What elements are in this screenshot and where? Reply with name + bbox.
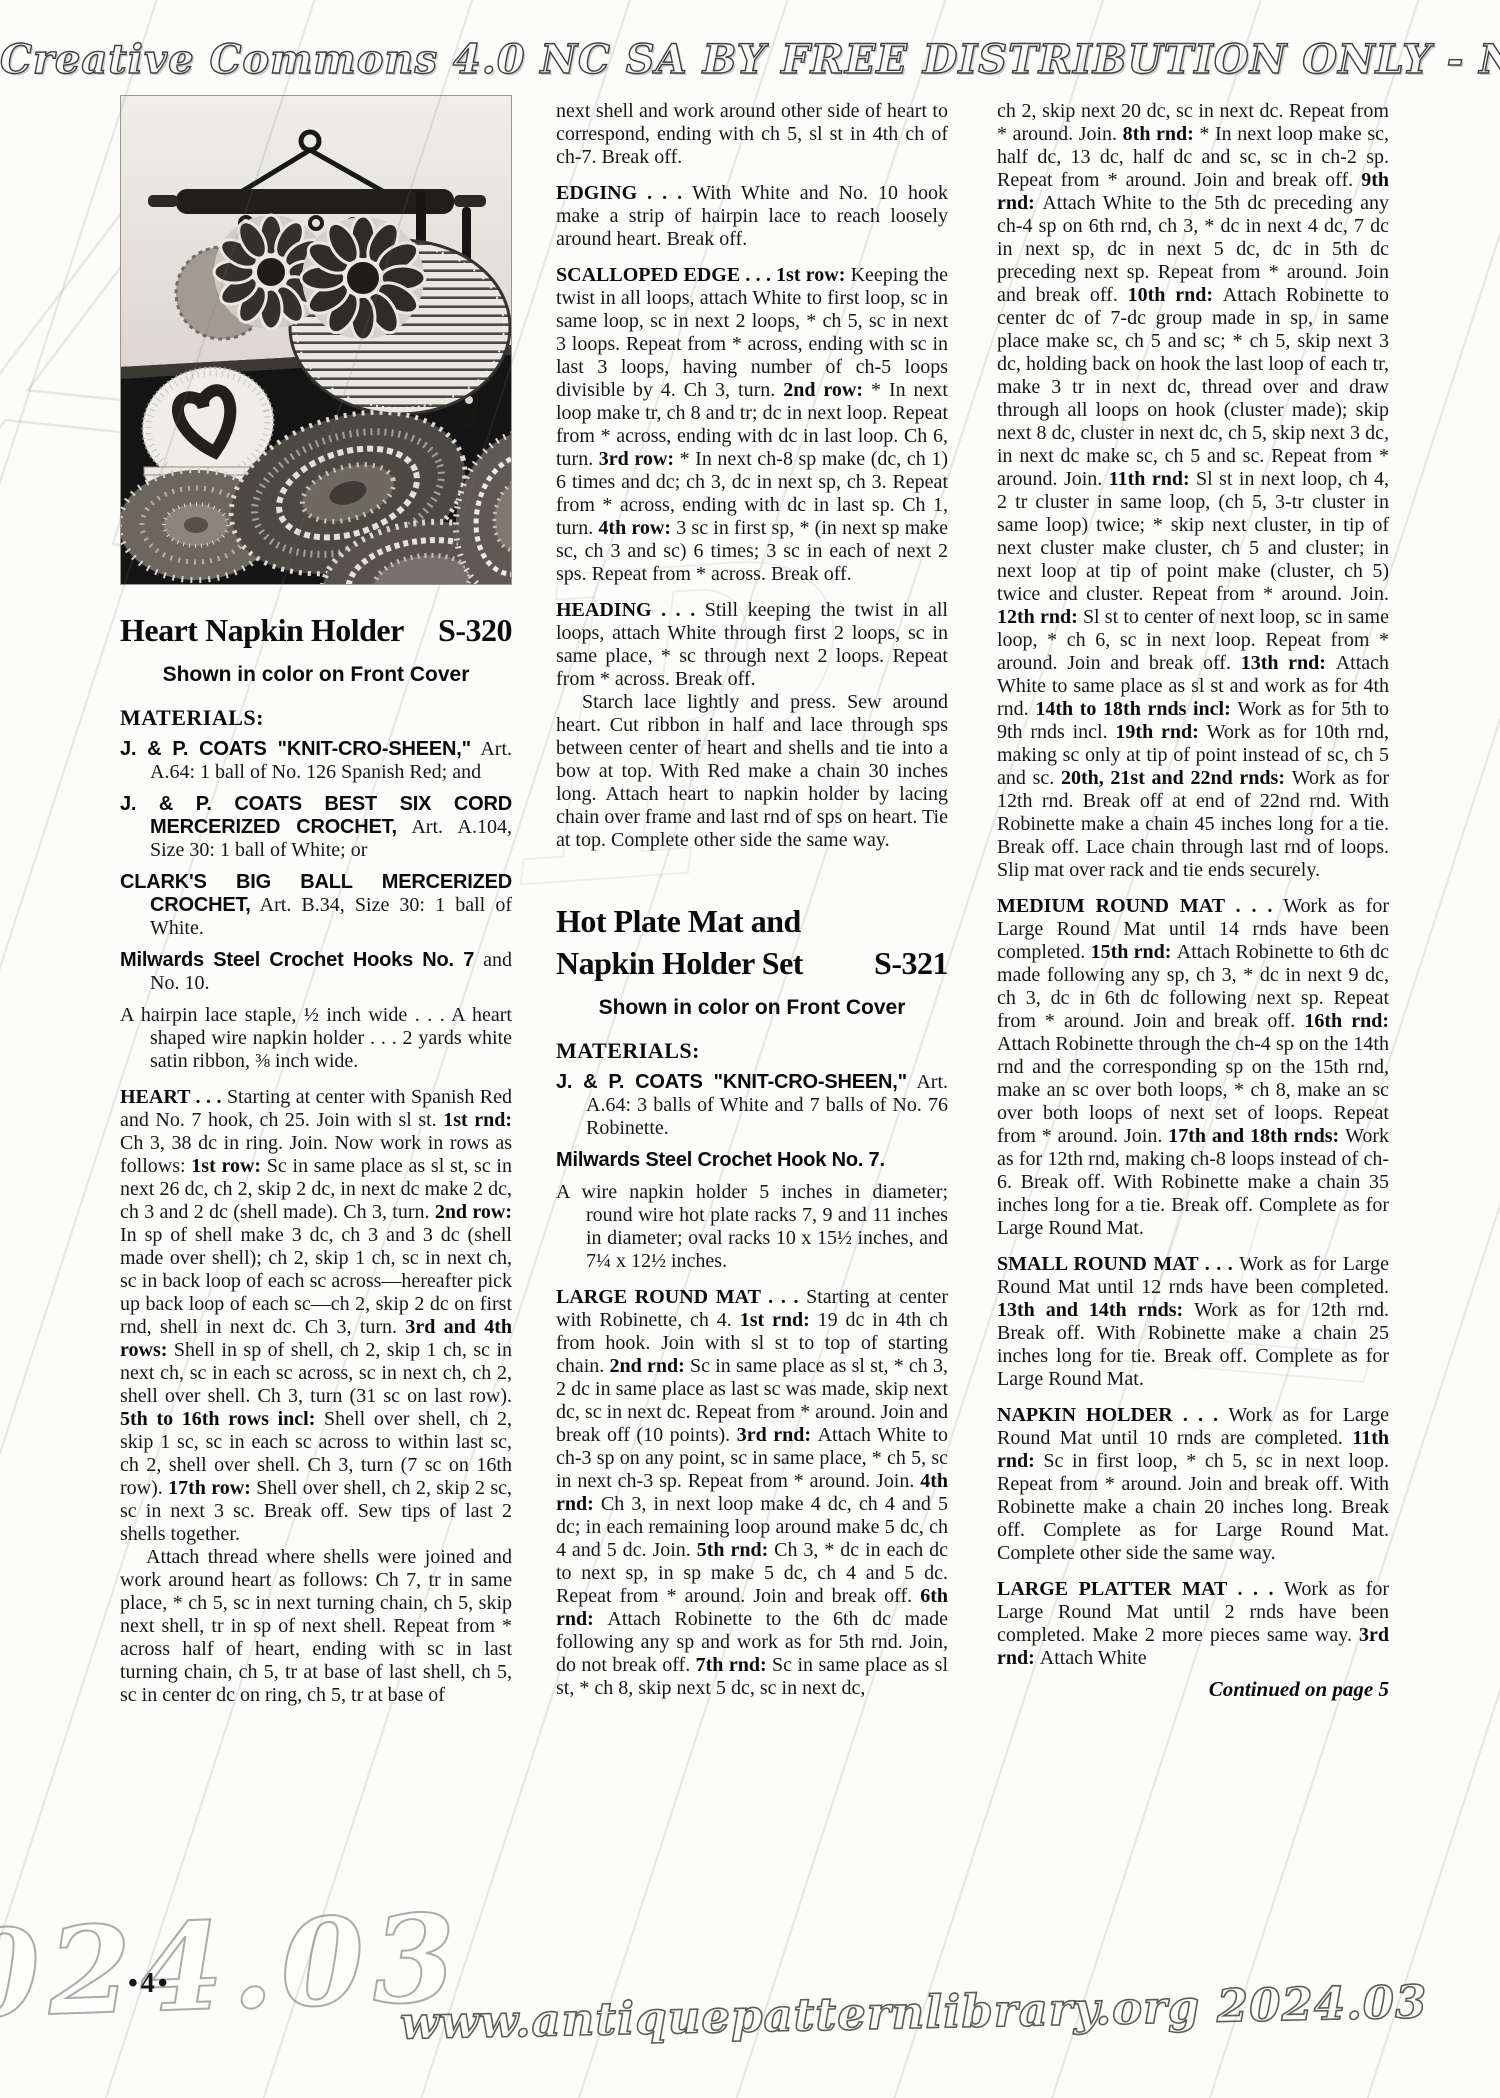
- shown-in-color-note: Shown in color on Front Cover: [556, 996, 948, 1019]
- distribution-banner: Creative Commons 4.0 NC SA BY FREE DISTR…: [0, 36, 1500, 83]
- column-left: Heart Napkin HolderS-320Shown in color o…: [120, 95, 512, 1707]
- instruction-paragraph: LARGE PLATTER MAT . . . Work as for Larg…: [997, 1578, 1389, 1670]
- instruction-paragraph: LARGE ROUND MAT . . . Starting at center…: [556, 1286, 948, 1700]
- scanned-page: A P L Creative Commons 4.0 NC SA BY FREE…: [0, 0, 1500, 2098]
- watermark-stamp: 2024.03: [0, 1888, 466, 2050]
- instruction-paragraph: SMALL ROUND MAT . . . Work as for Large …: [997, 1253, 1389, 1391]
- instruction-paragraph: NAPKIN HOLDER . . . Work as for Large Ro…: [997, 1404, 1389, 1565]
- material-item: J. & P. COATS BEST SIX CORD MERCERIZED C…: [120, 793, 512, 862]
- continued-note: Continued on page 5: [997, 1678, 1389, 1701]
- instruction-paragraph: EDGING . . . With White and No. 10 hook …: [556, 182, 948, 251]
- material-item: J. & P. COATS "KNIT-CRO-SHEEN," Art. A.6…: [556, 1071, 948, 1140]
- instruction-paragraph: next shell and work around other side of…: [556, 100, 948, 169]
- material-item: A hairpin lace staple, ½ inch wide . . .…: [120, 1004, 512, 1073]
- instruction-paragraph: SCALLOPED EDGE . . . 1st row: Keeping th…: [556, 264, 948, 586]
- instruction-paragraph: Starch lace lightly and press. Sew aroun…: [556, 691, 948, 852]
- instruction-paragraph: ch 2, skip next 20 dc, sc in next dc. Re…: [997, 100, 1389, 882]
- column-right: ch 2, skip next 20 dc, sc in next dc. Re…: [997, 100, 1389, 1701]
- material-item: A wire napkin holder 5 inches in diamete…: [556, 1181, 948, 1273]
- watermark-url: www.antiquepatternlibrary.org 2024.03: [400, 1975, 1428, 2050]
- material-item: CLARK'S BIG BALL MERCERIZED CROCHET, Art…: [120, 871, 512, 940]
- pattern-photo: [120, 95, 512, 585]
- pattern-title: Hot Plate Mat andNapkin Holder SetS-321: [556, 900, 948, 984]
- instruction-paragraph: HEADING . . . Still keeping the twist in…: [556, 599, 948, 691]
- material-item: Milwards Steel Crochet Hook No. 7.: [556, 1149, 948, 1172]
- column-middle: next shell and work around other side of…: [556, 100, 948, 1700]
- material-item: J. & P. COATS "KNIT-CRO-SHEEN," Art. A.6…: [120, 738, 512, 784]
- materials-label: MATERIALS:: [556, 1039, 948, 1062]
- materials-label: MATERIALS:: [120, 706, 512, 729]
- material-item: Milwards Steel Crochet Hooks No. 7 and N…: [120, 949, 512, 995]
- instruction-paragraph: Attach thread where shells were joined a…: [120, 1546, 512, 1707]
- shown-in-color-note: Shown in color on Front Cover: [120, 663, 512, 686]
- instruction-paragraph: HEART . . . Starting at center with Span…: [120, 1086, 512, 1546]
- page-number: •4•: [128, 1968, 171, 2000]
- pattern-code: S-320: [438, 609, 512, 651]
- pattern-title: Heart Napkin HolderS-320: [120, 609, 512, 651]
- pattern-photo-image: [120, 95, 512, 585]
- instruction-paragraph: MEDIUM ROUND MAT . . . Work as for Large…: [997, 895, 1389, 1240]
- pattern-code: S-321: [874, 942, 948, 984]
